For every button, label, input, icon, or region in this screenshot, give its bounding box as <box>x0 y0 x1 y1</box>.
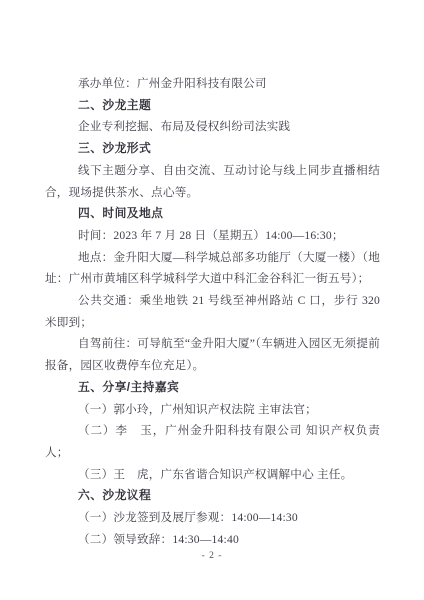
paragraph: （一）郭小玲，广州知识产权法院 主审法官； <box>45 399 380 421</box>
paragraph: 企业专利挖掘、布局及侵权纠纷司法实践 <box>45 116 380 138</box>
paragraph: 时间：2023 年 7 月 28 日（星期五）14:00—16:30； <box>45 225 380 247</box>
section-heading: 二、沙龙主题 <box>45 95 380 117</box>
paragraph: （二）领导致辞：14:30—14:40 <box>45 529 380 551</box>
paragraph: （二）李 玉，广州金升阳科技有限公司 知识产权负责人； <box>45 420 380 463</box>
section-heading: 六、沙龙议程 <box>45 485 380 507</box>
paragraph: 承办单位：广州金升阳科技有限公司 <box>45 73 380 95</box>
document-body: 承办单位：广州金升阳科技有限公司二、沙龙主题企业专利挖掘、布局及侵权纠纷司法实践… <box>0 0 424 550</box>
document-page: 承办单位：广州金升阳科技有限公司二、沙龙主题企业专利挖掘、布局及侵权纠纷司法实践… <box>0 0 424 600</box>
paragraph: 线下主题分享、自由交流、互动讨论与线上同步直播相结合，现场提供茶水、点心等。 <box>45 160 380 203</box>
paragraph: （三）王 虎，广东省谐合知识产权调解中心 主任。 <box>45 464 380 486</box>
paragraph: 公共交通：乘坐地铁 21 号线至神州路站 C 口，步行 320 米即到； <box>45 290 380 333</box>
section-heading: 四、时间及地点 <box>45 203 380 225</box>
section-heading: 三、沙龙形式 <box>45 138 380 160</box>
section-heading: 五、分享/主持嘉宾 <box>45 377 380 399</box>
page-number: - 2 - <box>0 551 424 561</box>
paragraph: 自驾前往：可导航至“金升阳大厦”（车辆进入园区无须提前报备，园区收费停车位充足）… <box>45 333 380 376</box>
paragraph: （一）沙龙签到及展厅参观：14:00—14:30 <box>45 507 380 529</box>
paragraph: 地点：金升阳大厦—科学城总部多功能厅（大厦一楼）（地址：广州市黄埔区科学城科学大… <box>45 247 380 290</box>
